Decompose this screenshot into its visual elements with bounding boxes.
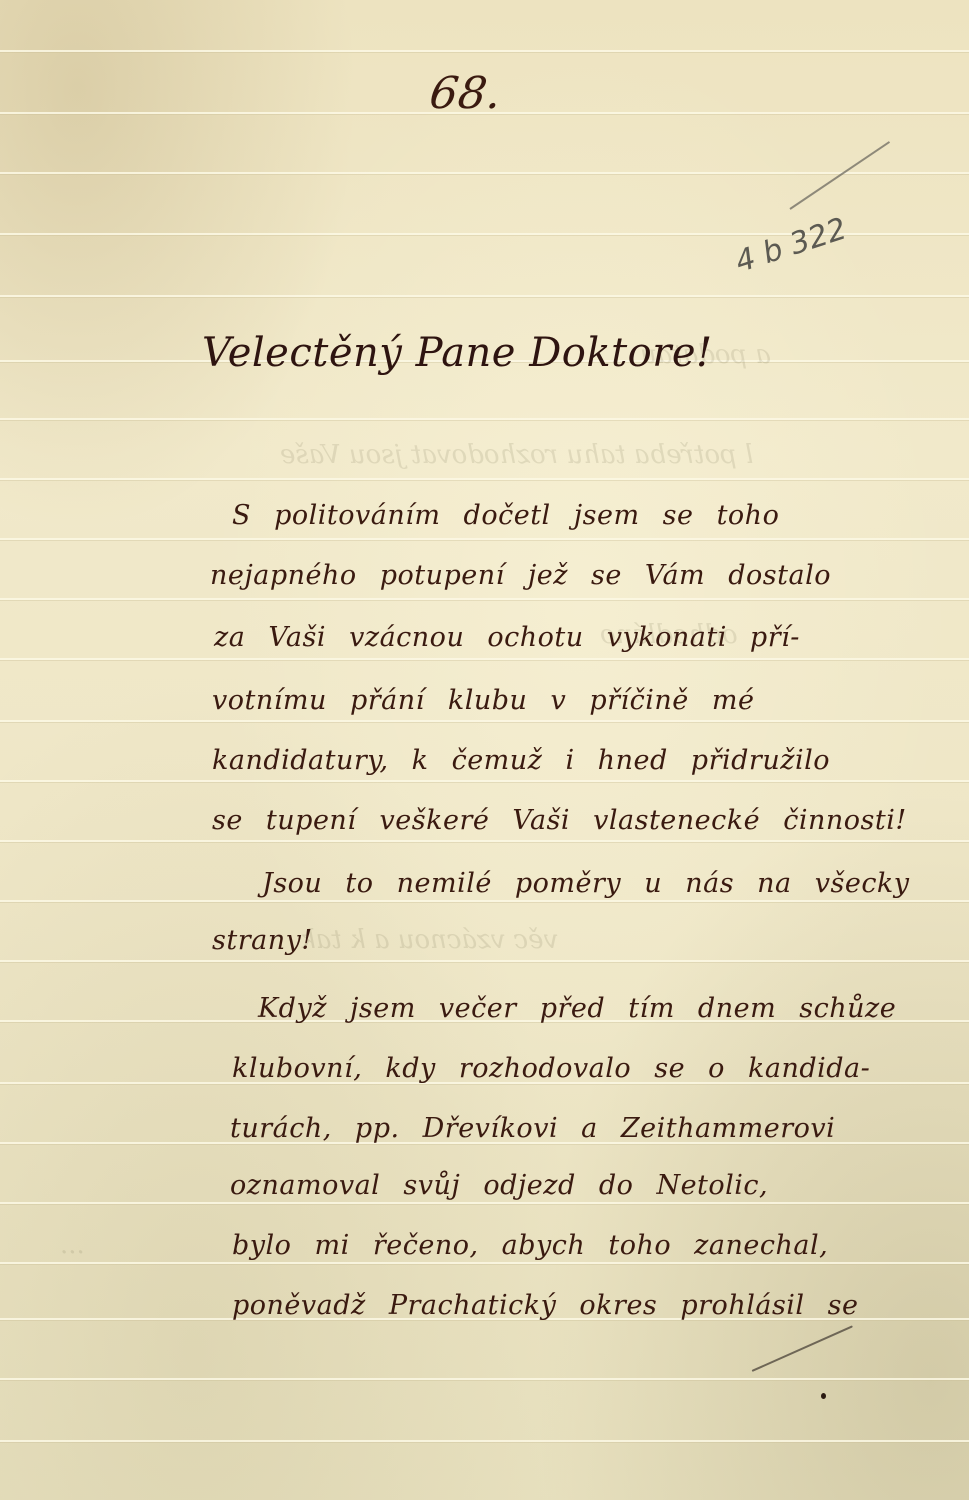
ruled-line	[0, 598, 969, 600]
letter-line: klubovní, kdy rozhodovalo se o kandida-	[232, 1053, 870, 1084]
ruled-line	[0, 418, 969, 420]
letter-line: votnímu přání klubu v příčině mé	[212, 685, 754, 716]
ruled-line	[0, 295, 969, 297]
salutation: Velectěný Pane Doktore!	[202, 330, 713, 376]
letter-line: oznamoval svůj odjezd do Netolic,	[230, 1170, 768, 1201]
letter-line: Když jsem večer před tím dnem schůze	[258, 993, 896, 1024]
ruled-line	[0, 900, 969, 902]
ruled-line	[0, 1378, 969, 1380]
ruled-line	[0, 538, 969, 540]
ruled-line	[0, 1262, 969, 1264]
ruled-line	[0, 658, 969, 660]
letter-line: kandidatury, k čemuž i hned přidružilo	[212, 745, 830, 776]
letter-line: Jsou to nemilé poměry u nás na všecky	[262, 868, 910, 899]
letter-line: se tupení veškeré Vaši vlastenecké činno…	[212, 805, 907, 836]
letter-line: bylo mi řečeno, abych toho zanechal,	[232, 1230, 828, 1261]
bleed-through-text: věc vzácnou a k tak	[300, 925, 558, 955]
letter-line: strany!	[212, 925, 313, 956]
ruled-line	[0, 50, 969, 52]
page-turn-stroke	[752, 1325, 853, 1372]
letter-line: poněvadž Prachatický okres prohlásil se	[232, 1290, 858, 1321]
letter-line: S politováním dočetl jsem se toho	[232, 500, 779, 531]
ruled-line	[0, 172, 969, 174]
letter-page: a podatau l potřeba tahu rozhodovat jsou…	[0, 0, 969, 1500]
ruled-line	[0, 840, 969, 842]
ruled-line	[0, 478, 969, 480]
archive-strike-line	[789, 141, 890, 210]
page-turn-dot	[821, 1393, 826, 1399]
ruled-line	[0, 780, 969, 782]
letter-line: nejapného potupení jež se Vám dostalo	[210, 560, 831, 591]
archive-mark: 4 b 322	[731, 211, 851, 280]
letter-line: za Vaši vzácnou ochotu vykonati pří-	[214, 622, 800, 653]
bleed-through-text: ...	[60, 1230, 85, 1260]
ruled-line	[0, 960, 969, 962]
letter-line: turách, pp. Dřevíkovi a Zeithammerovi	[230, 1113, 835, 1144]
bleed-through-text: l potřeba tahu rozhodovat jsou Vaše	[280, 440, 753, 470]
ruled-line	[0, 1202, 969, 1204]
ruled-line	[0, 720, 969, 722]
ruled-line	[0, 1440, 969, 1442]
folio-number: 68.	[426, 68, 505, 119]
